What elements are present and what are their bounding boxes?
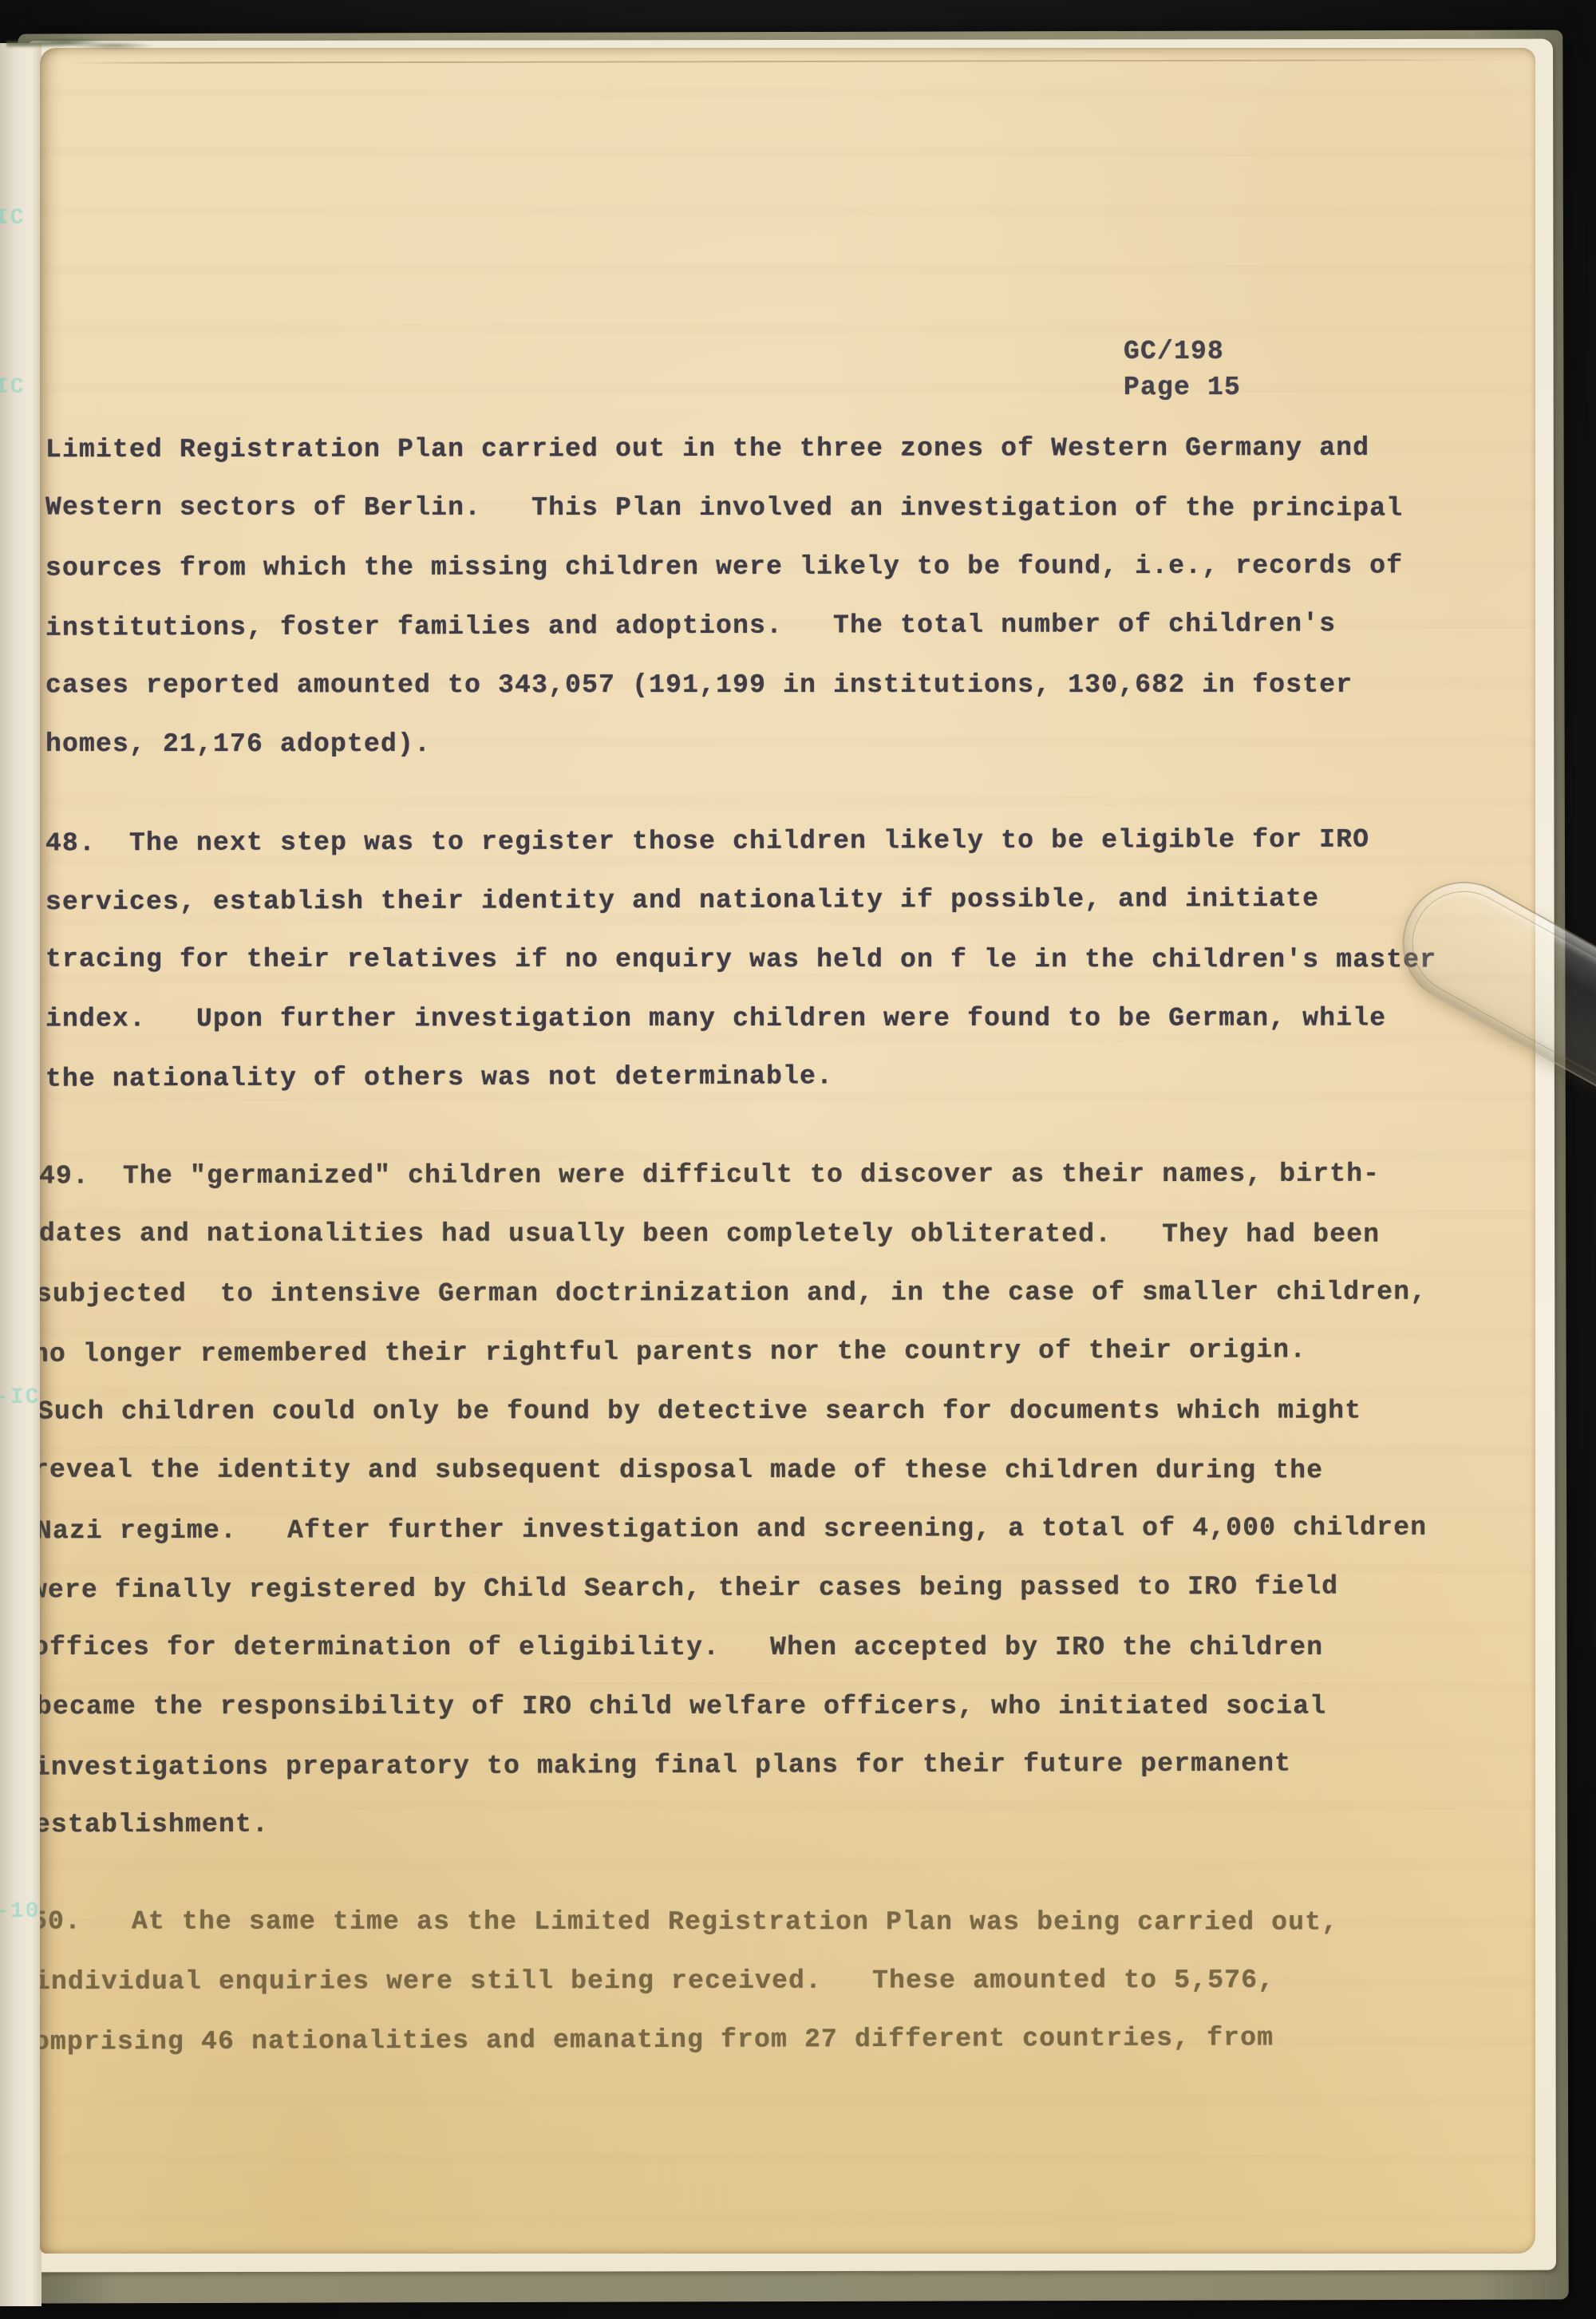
text-line: became the responsibility of IRO child w… (40, 1691, 1326, 1723)
text-line: Such children could only be found by det… (40, 1395, 1361, 1428)
text-line: establishment. (40, 1809, 269, 1842)
underlying-page-edge (67, 59, 1515, 64)
text-line: reveal the identity and subsequent dispo… (40, 1455, 1323, 1487)
text-line: the nationality of others was not determ… (45, 1061, 833, 1095)
text-line: investigations preparatory to making fin… (40, 1748, 1291, 1784)
document-page: GC/198 Page 15 Limited Registration Plan… (40, 48, 1535, 2254)
text-line: Western sectors of Berlin. This Plan inv… (45, 492, 1403, 524)
text-line: 50. At the same time as the Limited Regi… (40, 1906, 1338, 1938)
text-line: cases reported amounted to 343,057 (191,… (45, 670, 1353, 702)
gutter-bleed-mark: IC (0, 375, 26, 400)
text-line: were finally registered by Child Search,… (40, 1571, 1338, 1607)
text-line: comprising 46 nationalities and emanatin… (40, 2022, 1274, 2058)
text-line: homes, 21,176 adopted). (45, 729, 431, 760)
text-line: tracing for their relatives if no enquir… (45, 944, 1436, 977)
gutter-bleed-mark: IC (0, 206, 26, 231)
text-line: Nazi regime. After further investigation… (40, 1512, 1427, 1548)
binding-debris (6, 35, 158, 53)
text-line: dates and nationalities had usually been… (40, 1218, 1380, 1250)
text-line: 49. The "germanized" children were diffi… (40, 1159, 1380, 1193)
text-line: institutions, foster families and adopti… (45, 608, 1336, 644)
text-line: sources from which the missing children … (45, 550, 1403, 584)
scanned-document-photo: GC/198 Page 15 Limited Registration Plan… (0, 0, 1596, 2319)
page-number: Page 15 (1124, 373, 1241, 402)
document-reference: GC/198 (1124, 337, 1224, 366)
text-line: individual enquiries were still being re… (40, 1965, 1274, 1998)
text-line: subjected to intensive German doctriniza… (40, 1277, 1427, 1311)
text-line: services, establish their identity and n… (45, 883, 1319, 919)
text-line: Limited Registration Plan carried out in… (45, 433, 1369, 466)
text-line: offices for determination of eligibility… (40, 1632, 1323, 1664)
gutter-bleed-mark: -10 (0, 1899, 40, 1924)
text-line: 48. The next step was to register those … (45, 824, 1369, 860)
text-line: no longer remembered their rightful pare… (40, 1334, 1306, 1370)
text-line: index. Upon further investigation many c… (45, 1003, 1386, 1036)
gutter-bleed-mark: -IC (0, 1385, 40, 1410)
